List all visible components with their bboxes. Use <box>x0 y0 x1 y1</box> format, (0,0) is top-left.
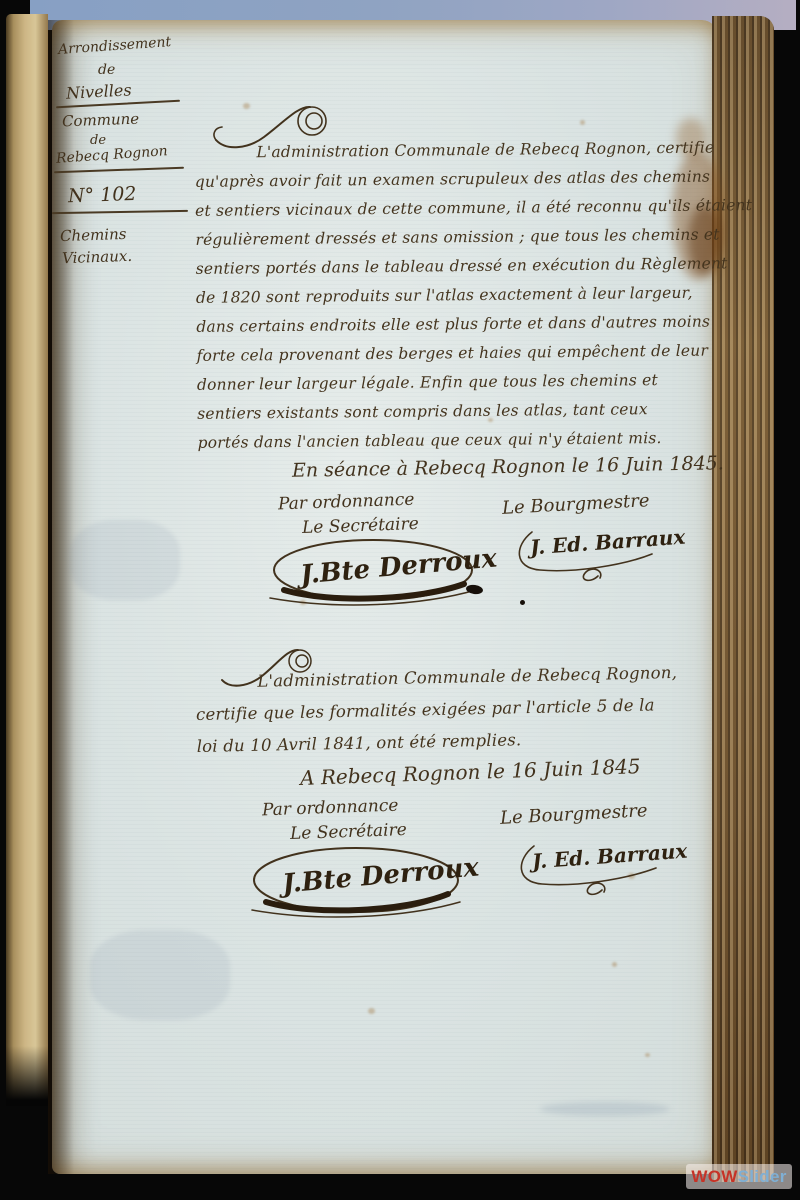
foxing-spot <box>645 1053 650 1057</box>
sig2-bourgmestre-signature: J. Ed. Barraux <box>514 836 674 898</box>
book-cover-edge <box>6 14 48 1106</box>
foxing-spot <box>612 962 617 967</box>
text-line: forte cela provenant des berges et haies… <box>196 336 753 371</box>
wowslider-watermark[interactable]: WOWSlider <box>686 1164 792 1189</box>
certificate2-body: L'administration Communale de Rebecq Rog… <box>195 657 679 763</box>
sig1-secretary-signature: J.Bte Derroux <box>268 536 482 612</box>
foxing-spot <box>368 1008 375 1014</box>
show-through <box>90 930 230 1020</box>
sig1-bourgmestre-signature: J. Ed. Barraux <box>512 524 672 584</box>
watermark-wow-text: WOW <box>691 1167 737 1187</box>
margin-note-vicinaux: Vicinaux. <box>62 247 133 267</box>
margin-note-commune: Commune <box>62 110 140 131</box>
ink-smudge <box>540 1102 670 1116</box>
show-through <box>70 520 180 600</box>
margin-note-number: N° 102 <box>68 183 137 207</box>
sig2-left-title: Le Secrétaire <box>290 820 407 844</box>
margin-note-nivelles: Nivelles <box>66 80 132 102</box>
photo-stage: Arrondissement de Nivelles Commune de Re… <box>0 0 800 1200</box>
margin-note-chemins: Chemins <box>60 225 127 245</box>
margin-note-de: de <box>98 62 115 78</box>
watermark-slider-text: Slider <box>738 1167 787 1187</box>
margin-note-de2: de <box>90 133 106 148</box>
ink-blot <box>520 600 525 605</box>
foxing-spot <box>580 120 585 125</box>
certificate1-body: L'administration Communale de Rebecq Rog… <box>194 133 754 458</box>
sig2-secretary-signature: J.Bte Derroux <box>248 844 468 924</box>
sig1-left-title: Le Secrétaire <box>302 514 419 538</box>
